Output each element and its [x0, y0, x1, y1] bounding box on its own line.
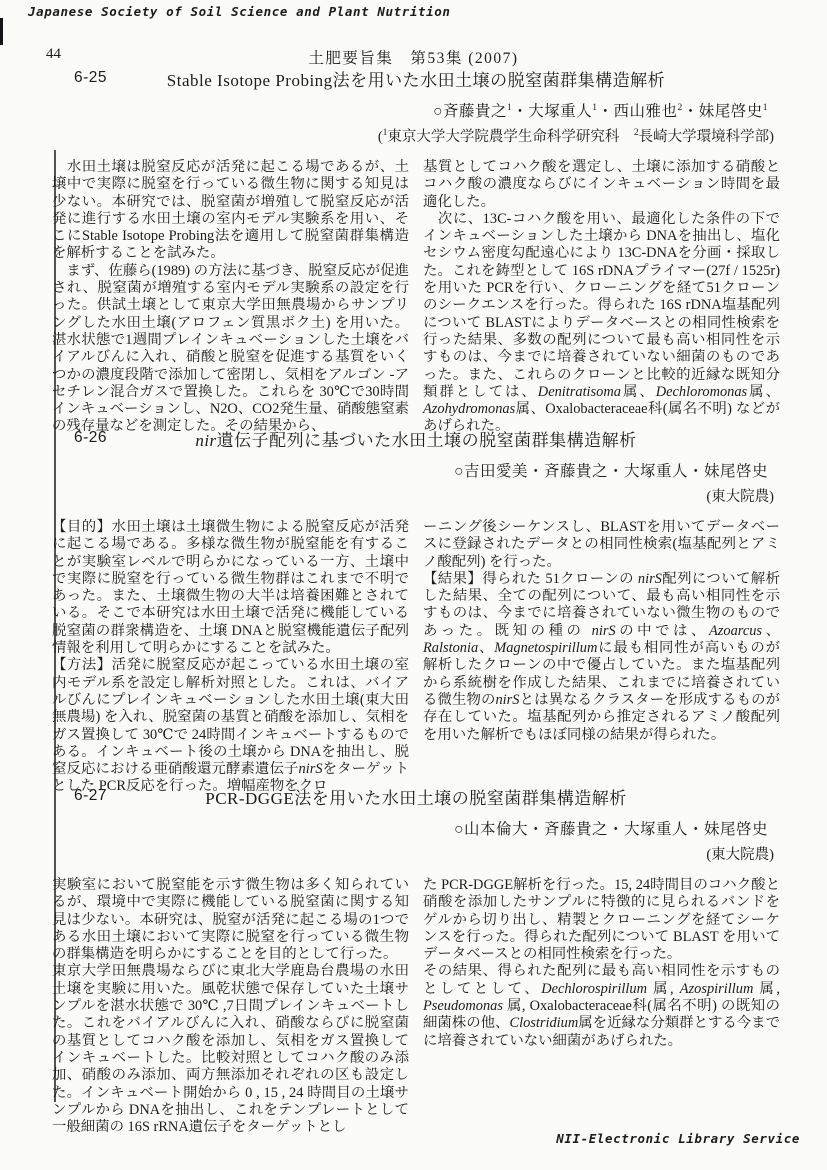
abstract-body: 水田土壌は脱窒反応が活発に起こる場であるが、土壌中で実際に脱窒を行っている微生物…	[52, 159, 780, 436]
abstract-left-column: 実験室において脱窒能を示す微生物は多く知られているが、環境中で実際に機能している…	[52, 877, 409, 1136]
journal-title: 土肥要旨集 第53集 (2007)	[0, 46, 827, 68]
abstract-affiliation: (1東京大学大学院農学生命科学研究科 2長崎大学環境科学部)	[52, 125, 780, 146]
abstract-right-column: 基質としてコハク酸を選定し、土壌に添加する硝酸とコハク酸の濃度ならびにインキュベ…	[423, 159, 780, 436]
abstract-authors: ○山本倫大・斉藤貴之・大塚重人・妹尾啓史	[52, 817, 780, 839]
abstract-affiliation: (東大院農)	[52, 485, 780, 506]
scan-artifact-smudge	[0, 18, 3, 45]
abstract-body: 【目的】水田土壌は土壌微生物による脱窒反応が活発に起こる場である。多様な微生物が…	[52, 519, 780, 796]
abstract-number: 6-25	[74, 69, 107, 87]
abstract-left-column: 【目的】水田土壌は土壌微生物による脱窒反応が活発に起こる場である。多様な微生物が…	[52, 519, 409, 796]
abstract-number: 6-27	[74, 787, 107, 805]
abstract-6-26: 6-26 nir遺伝子配列に基づいた水田土壌の脱窒菌群集構造解析 ○吉田愛美・斉…	[52, 426, 780, 796]
abstract-affiliation: (東大院農)	[52, 843, 780, 864]
abstract-right-column: た PCR-DGGE解析を行った。15, 24時間目のコハク酸と硝酸を添加したサ…	[423, 877, 780, 1136]
library-header-banner: Japanese Society of Soil Science and Pla…	[28, 4, 451, 19]
nii-library-footer: NII-Electronic Library Service	[556, 1131, 800, 1146]
abstract-6-27: 6-27 PCR-DGGE法を用いた水田土壌の脱窒菌群集構造解析 ○山本倫大・斉…	[52, 784, 780, 1136]
abstract-right-column: ーニング後シーケンスし、BLASTを用いてデータベースに登録されたデータとの相同…	[423, 519, 780, 796]
abstract-number: 6-26	[74, 429, 107, 447]
abstract-body: 実験室において脱窒能を示す微生物は多く知られているが、環境中で実際に機能している…	[52, 877, 780, 1136]
abstract-title: nir遺伝子配列に基づいた水田土壌の脱窒菌群集構造解析	[52, 426, 780, 451]
abstract-header: 6-27 PCR-DGGE法を用いた水田土壌の脱窒菌群集構造解析	[52, 784, 780, 809]
abstract-title: PCR-DGGE法を用いた水田土壌の脱窒菌群集構造解析	[52, 784, 780, 809]
abstract-title: Stable Isotope Probing法を用いた水田土壌の脱窒菌群集構造解…	[52, 66, 780, 91]
scanned-document-page: { "colors": { "paper": "#fbfbf8", "ink":…	[0, 0, 827, 1170]
abstract-authors: ○斉藤貴之1・大塚重人1・西山雅也2・妹尾啓史1	[52, 99, 780, 121]
abstract-left-column: 水田土壌は脱窒反応が活発に起こる場であるが、土壌中で実際に脱窒を行っている微生物…	[52, 159, 409, 436]
abstract-authors: ○吉田愛美・斉藤貴之・大塚重人・妹尾啓史	[52, 459, 780, 481]
abstract-header: 6-25 Stable Isotope Probing法を用いた水田土壌の脱窒菌…	[52, 66, 780, 91]
abstract-header: 6-26 nir遺伝子配列に基づいた水田土壌の脱窒菌群集構造解析	[52, 426, 780, 451]
abstract-6-25: 6-25 Stable Isotope Probing法を用いた水田土壌の脱窒菌…	[52, 66, 780, 436]
